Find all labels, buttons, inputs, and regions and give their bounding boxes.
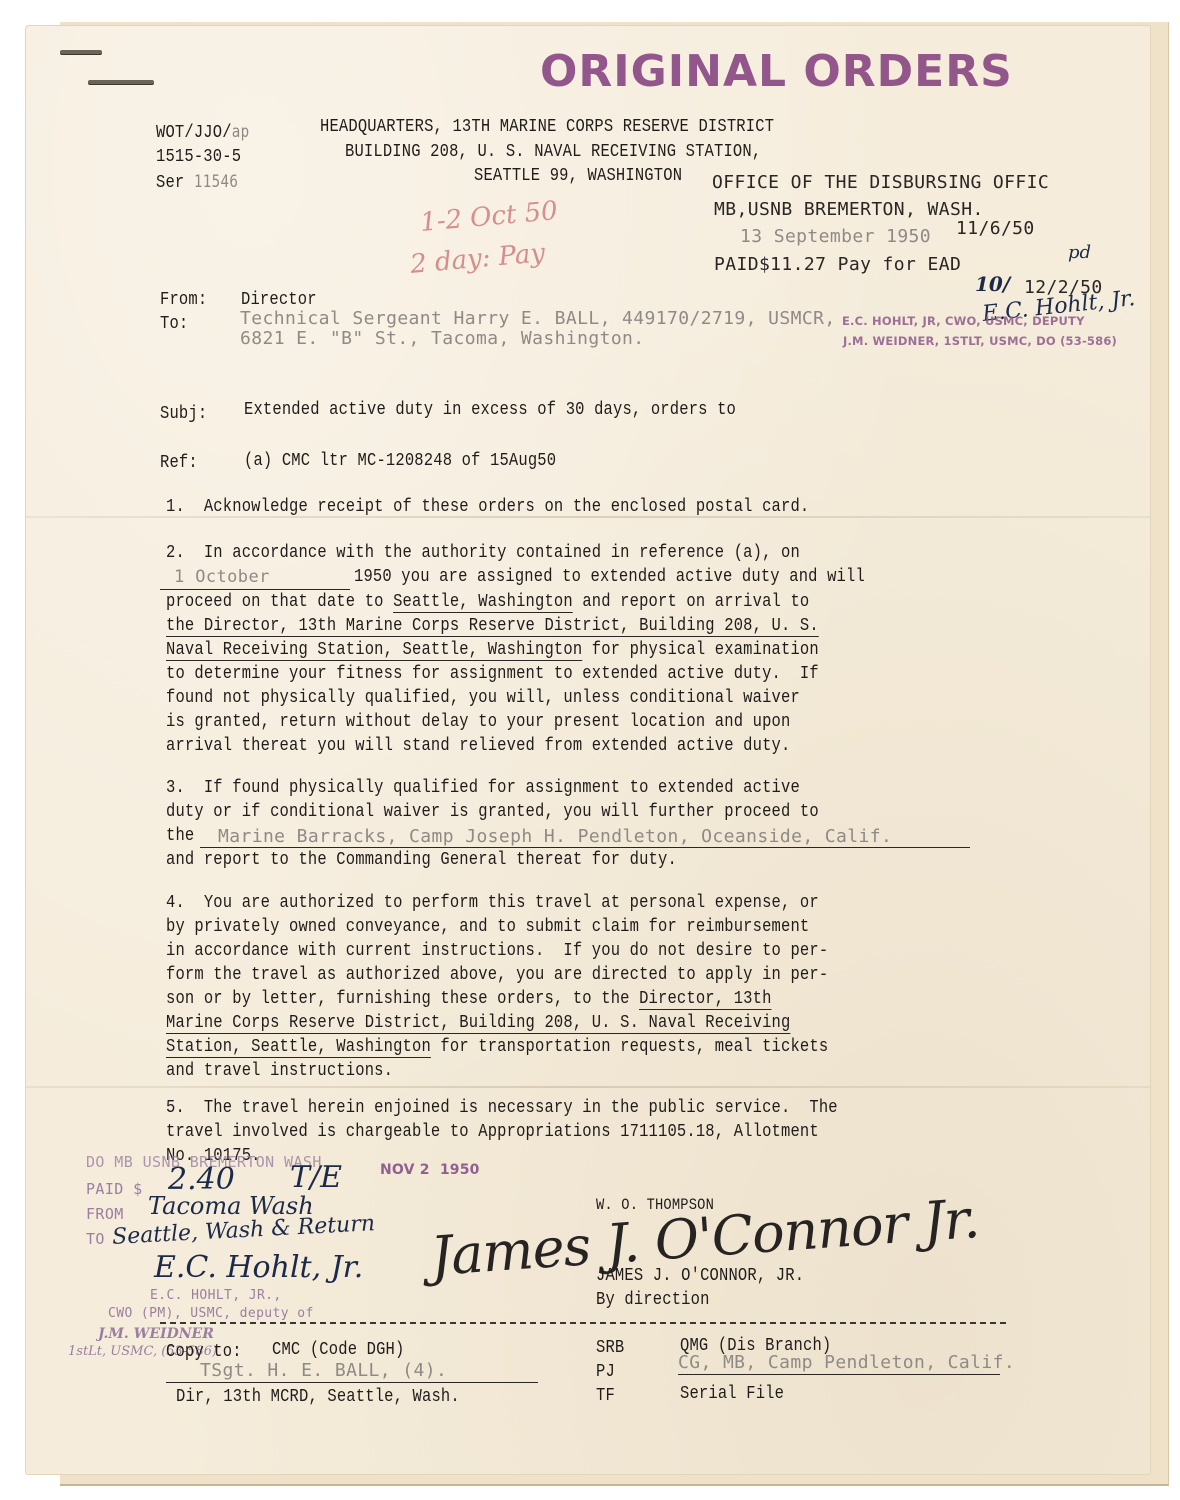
dist-recipient-3: Serial File [680, 1384, 784, 1404]
p4-line1: 4. You are authorized to perform this tr… [166, 893, 819, 913]
copy-underline [166, 1382, 538, 1383]
subj-value: Extended active duty in excess of 30 day… [244, 400, 736, 420]
p2-line6: to determine your fitness for assignment… [166, 664, 819, 684]
to-line1: Technical Sergeant Harry E. BALL, 449170… [240, 308, 836, 329]
serial-label: Ser [156, 173, 184, 193]
p4-line5: son or by letter, furnishing these order… [166, 989, 772, 1009]
p2-line3-pre: proceed on that date to [166, 592, 393, 612]
p4-line8: and travel instructions. [166, 1061, 393, 1081]
signatory-name: JAMES J. O'CONNOR, JR. [596, 1266, 804, 1286]
from-stamp-label: FROM [86, 1205, 124, 1223]
copy-recipient-3: Dir, 13th MCRD, Seattle, Wash. [176, 1387, 460, 1407]
handwritten-10: 10/ [975, 272, 1010, 296]
typist-initials: ap [232, 122, 250, 141]
fill-line [160, 589, 350, 590]
p4-line5-pre: son or by letter, furnishing these order… [166, 989, 639, 1009]
letterhead-line2: BUILDING 208, U. S. NAVAL RECEIVING STAT… [345, 142, 761, 162]
to-label: To: [160, 314, 188, 334]
copy-recipient-1: CMC (Code DGH) [272, 1340, 404, 1360]
dist-underline [678, 1374, 1000, 1375]
p3-line4: and report to the Commanding General the… [166, 850, 677, 870]
dist-recipient-2: CG, MB, Camp Pendleton, Calif. [678, 1352, 1015, 1373]
dist-code-pj: PJ [596, 1362, 615, 1382]
p2-line9: arrival thereat you will stand relieved … [166, 736, 790, 756]
p2-line7: found not physically qualified, you will… [166, 688, 800, 708]
handwritten-pd: pd [1068, 242, 1091, 263]
p5-line2: travel involved is chargeable to Appropr… [166, 1122, 819, 1142]
payment-signature: E.C. Hohlt, Jr. [154, 1250, 363, 1285]
dist-code-srb: SRB [596, 1338, 624, 1358]
fill-line [200, 847, 970, 848]
p2-line3-post: and report on arrival to [573, 592, 810, 612]
duty-station-fill: Marine Barracks, Camp Joseph H. Pendleto… [218, 826, 892, 847]
p2-line3: proceed on that date to Seattle, Washing… [166, 592, 809, 612]
from-value: Director [241, 290, 317, 310]
payment-stamp-date: NOV 2 1950 [380, 1162, 480, 1178]
from-label: From: [160, 290, 207, 310]
destination-fill: Seattle, Washington [393, 592, 573, 613]
p4-line3: in accordance with current instructions.… [166, 941, 828, 961]
p2-line5: Naval Receiving Station, Seattle, Washin… [166, 640, 819, 660]
p4-line7: Station, Seattle, Washington for transpo… [166, 1037, 828, 1057]
signatory-title: By direction [596, 1290, 710, 1310]
paid-note: T/E [290, 1160, 342, 1195]
p3-line3-pre: the [166, 826, 204, 846]
paragraph-1: 1. Acknowledge receipt of these orders o… [166, 497, 809, 517]
p2-line4: the Director, 13th Marine Corps Reserve … [166, 616, 819, 637]
apply-location-fill: Station, Seattle, Washington [166, 1037, 431, 1058]
fold-crease [26, 1086, 1150, 1088]
p4-line7-post: for transportation requests, meal ticket… [431, 1037, 828, 1057]
staple [60, 50, 102, 54]
p3-line1: 3. If found physically qualified for ass… [166, 778, 800, 798]
payment-officer-line2: CWO (PM), USMC, deputy of [108, 1306, 314, 1321]
paid-label: PAID $ [86, 1180, 143, 1198]
letterhead-line1: HEADQUARTERS, 13TH MARINE CORPS RESERVE … [320, 117, 774, 137]
dashed-separator [160, 1322, 1006, 1324]
document-date: 13 September 1950 [740, 226, 931, 247]
serial-number: Ser 11546 [156, 172, 238, 193]
staple [88, 80, 154, 84]
stamped-date: 11/6/50 [956, 218, 1035, 239]
dist-code-tf: TF [596, 1386, 615, 1406]
disbursing-office-line2: MB,USNB BREMERTON, WASH. [714, 199, 984, 220]
p3-line2: duty or if conditional waiver is granted… [166, 802, 819, 822]
to-line2: 6821 E. "B" St., Tacoma, Washington. [240, 328, 645, 349]
ref-value: (a) CMC ltr MC-1208248 of 15Aug50 [244, 451, 556, 471]
p2-line2: 1950 you are assigned to extended active… [354, 567, 865, 587]
p4-line4: form the travel as authorized above, you… [166, 965, 828, 985]
original-orders-stamp: ORIGINAL ORDERS [540, 46, 1013, 97]
deputy-stamp-line2: J.M. WEIDNER, 1STLT, USMC, DO (53-586) [843, 334, 1117, 348]
report-location-fill: Naval Receiving Station, Seattle, Washin… [166, 640, 582, 661]
ref-label: Ref: [160, 453, 198, 473]
deputy-stamp-line1: E.C. HOHLT, JR, CWO, USMC, DEPUTY [842, 314, 1085, 328]
p4-line6: Marine Corps Reserve District, Building … [166, 1013, 790, 1034]
p2-line8: is granted, return without delay to your… [166, 712, 790, 732]
copy-recipient-2: TSgt. H. E. BALL, (4). [200, 1360, 447, 1381]
paid-pay-line: PAID$11.27 Pay for EAD [714, 254, 961, 275]
payment-officer-line3: J.M. WEIDNER [98, 1326, 214, 1342]
assignment-date-fill: 1 October [174, 567, 270, 587]
file-code-typed: WOT/JJO/ [156, 123, 232, 143]
serial-value: 11546 [194, 172, 238, 191]
file-code-line1: WOT/JJO/ap [156, 122, 249, 143]
p2-line1: 2. In accordance with the authority cont… [166, 543, 800, 563]
apply-to-fill: Director, 13th [639, 989, 771, 1010]
p4-line2: by privately owned conveyance, and to su… [166, 917, 809, 937]
subj-label: Subj: [160, 404, 207, 424]
copy-to-label: Copy to: [166, 1342, 242, 1362]
letterhead-line3: SEATTLE 99, WASHINGTON [474, 166, 682, 186]
p2-line5-post: for physical examination [582, 640, 819, 660]
payment-officer-line1: E.C. HOHLT, JR., [150, 1288, 282, 1303]
disbursing-office-line1: OFFICE OF THE DISBURSING OFFIC [712, 172, 1049, 193]
file-code-line2: 1515-30-5 [156, 147, 241, 167]
p5-line1: 5. The travel herein enjoined is necessa… [166, 1098, 838, 1118]
to-stamp-label: TO [86, 1230, 105, 1248]
